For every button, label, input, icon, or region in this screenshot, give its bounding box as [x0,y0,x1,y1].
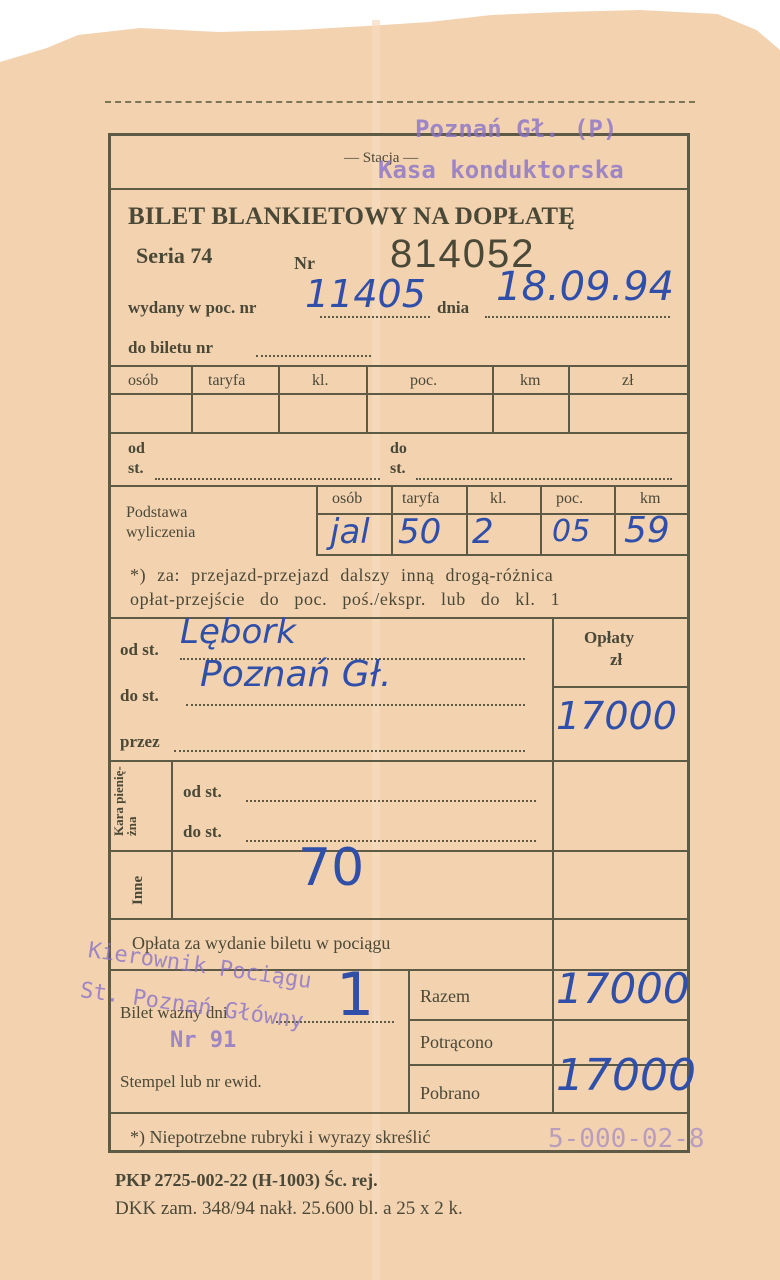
bottom-code-stamp: 5-000-02-8 [548,1124,705,1154]
date-value: 18.09.94 [496,264,674,310]
basis-value-km: 59 [624,510,670,551]
table1-header-zl: zł [622,372,634,390]
series-label: Seria 74 [136,243,212,269]
basis-header-persons: osób [332,490,362,508]
route2-from-value: Lębork [180,612,296,652]
conductor-stamp-line-3: Nr 91 [170,1028,236,1053]
divider [108,393,690,395]
table1-header-persons: osób [128,372,158,390]
other-value: 70 [298,838,364,898]
basis-value-class: 2 [472,512,494,552]
basis-value-persons: jal [330,512,370,552]
fee-value: 17000 [556,694,677,738]
penalty-side-label: Kara pienię-żna [112,766,138,836]
basis-header-tariff: taryfa [402,490,439,508]
divider [108,1112,690,1114]
divider [278,365,280,433]
penalty-from-label: od st. [183,782,222,802]
footnote-line-1: *) za: przejazd-przejazd dalszy inną dro… [130,565,553,586]
divider [568,365,570,433]
divider [108,918,690,920]
divider [391,485,393,555]
divider [614,485,616,555]
number-label: Nr [294,253,315,274]
route1-to-field[interactable] [416,466,672,480]
ticket-title: BILET BLANKIETOWY NA DOPŁATĘ [128,203,575,231]
basis-header-train: poc. [556,490,583,508]
divider [552,617,554,969]
divider [316,485,318,555]
divider [108,760,690,762]
imprint-line-2: DKK zam. 348/94 nakł. 25.600 bl. a 25 x … [115,1198,463,1220]
table1-header-train: poc. [410,372,437,390]
tear-line [105,101,695,103]
divider [191,365,193,433]
route1-to-st: st. [390,460,406,478]
divider [540,485,542,555]
route1-from-field[interactable] [155,466,380,480]
footer-note: *) Niepotrzebne rubryki i wyrazy skreśli… [130,1127,430,1148]
to-ticket-label: do biletu nr [128,338,213,358]
divider [408,1019,690,1021]
fees-header-1: Opłaty [584,628,634,648]
footnote-line-2: opłat-przejście do poc. poś./ekspr. lub … [130,589,560,610]
valid-days-value: 1 [336,960,374,1030]
basis-value-train: 05 [552,514,590,549]
divider [171,760,173,918]
issued-train-value: 11405 [305,272,426,316]
route2-via-field[interactable] [174,738,525,752]
basis-label-2: wyliczenia [126,524,195,542]
divider [492,365,494,433]
imprint-line-1: PKP 2725-002-22 (H-1003) Śc. rej. [115,1170,378,1191]
divider [466,485,468,555]
route2-via-label: przez [120,732,160,752]
station-stamp-line-2: Kasa konduktorska [378,156,624,184]
divider [108,850,690,852]
route1-from-st: st. [128,460,144,478]
penalty-to-field[interactable] [246,828,536,842]
basis-header-km: km [640,490,660,508]
divider [408,969,410,1112]
route1-to-label: do [390,440,407,458]
table1-header-tariff: taryfa [208,372,245,390]
divider [552,686,690,688]
total-label: Razem [420,986,470,1007]
collected-label: Pobrano [420,1083,480,1104]
collected-value: 17000 [556,1050,696,1101]
route2-to-label: do st. [120,686,159,706]
divider [108,485,690,487]
table1-header-class: kl. [312,372,328,390]
total-value: 17000 [556,964,690,1013]
divider [552,969,554,1112]
route2-from-label: od st. [120,640,159,660]
issued-train-label: wydany w poc. nr [128,298,256,318]
basis-header-class: kl. [490,490,506,508]
date-label: dnia [437,298,469,318]
route2-to-value: Poznań Gł. [200,654,391,695]
deducted-label: Potrącono [420,1032,493,1053]
stamp-label: Stempel lub nr ewid. [120,1072,262,1092]
to-ticket-field[interactable] [256,343,371,357]
divider [316,554,690,556]
penalty-to-label: do st. [183,822,222,842]
divider [108,188,690,190]
penalty-from-field[interactable] [246,788,536,802]
route1-from-label: od [128,440,145,458]
table1-header-km: km [520,372,540,390]
other-side-label: Inne [130,876,147,905]
divider [108,432,690,434]
basis-label-1: Podstawa [126,504,187,522]
station-stamp-line-1: Poznań Gł. (P) [415,115,617,143]
divider [108,365,690,367]
basis-value-tariff: 50 [398,512,441,552]
fees-header-2: zł [610,650,622,670]
divider [366,365,368,433]
